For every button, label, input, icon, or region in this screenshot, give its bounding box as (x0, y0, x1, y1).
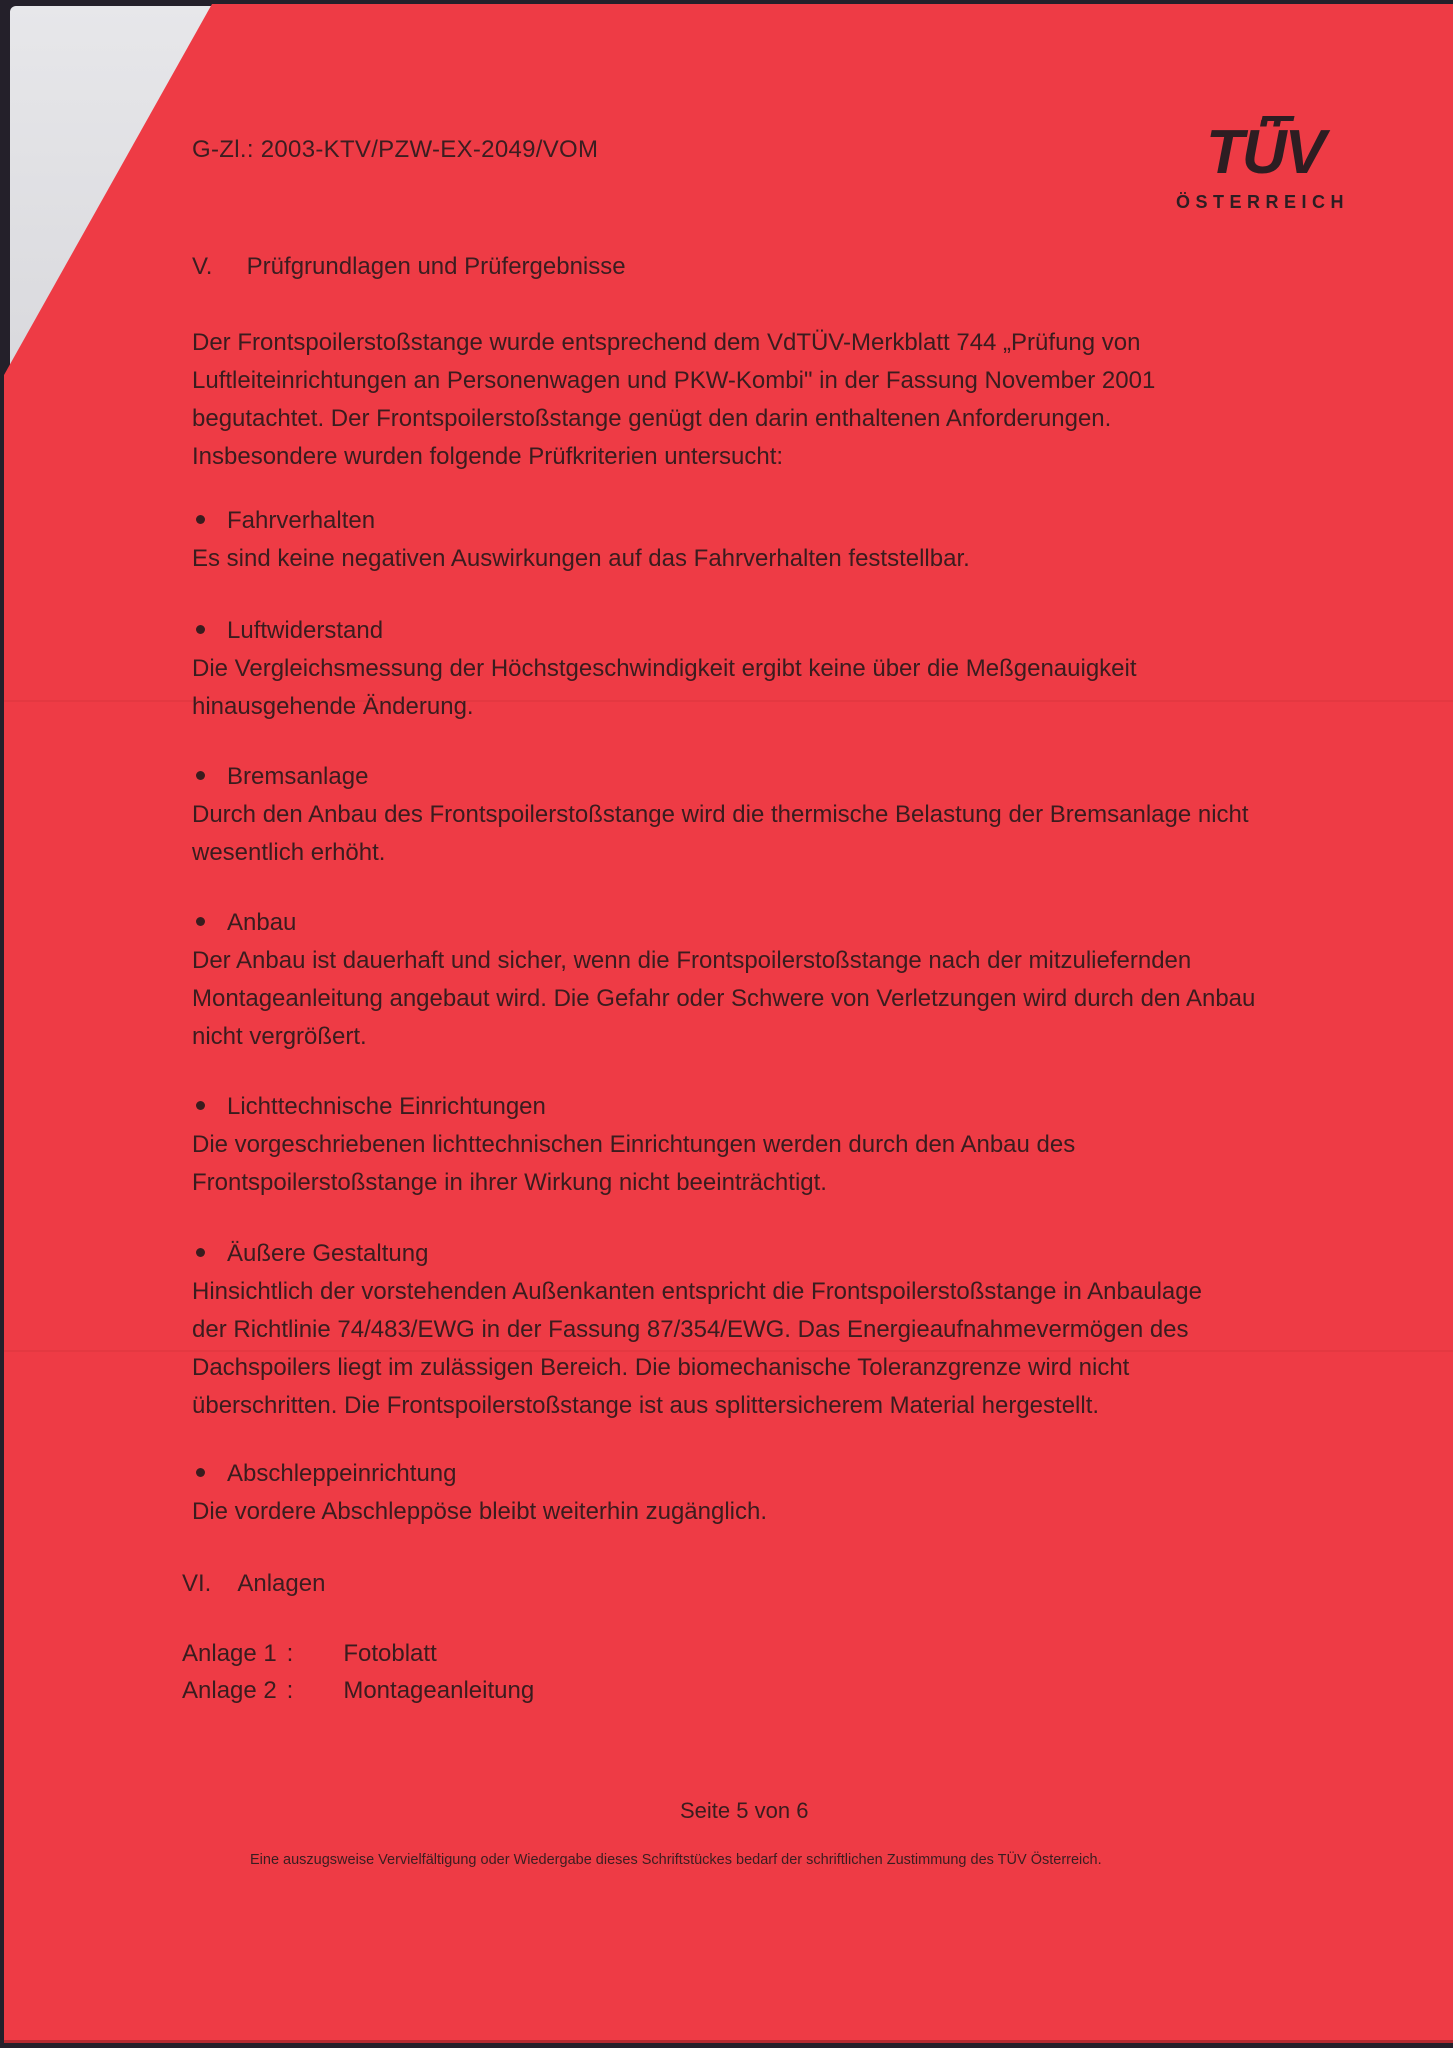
annex-value: Fotoblatt (343, 1640, 436, 1667)
annex-row: Anlage 1 : Fotoblatt (182, 1640, 437, 1668)
criterion-text: Der Anbau ist dauerhaft und sicher, wenn… (192, 942, 1342, 980)
intro-line: begutachtet. Der Frontspoilerstoßstange … (192, 400, 1342, 438)
criterion-text: hinausgehende Änderung. (192, 688, 1342, 726)
section-title: Prüfgrundlagen und Prüfergebnisse (247, 253, 626, 280)
logo-mark-text: TÜV (1206, 118, 1324, 187)
bullet-icon (196, 1468, 205, 1477)
annex-label: Anlage 1 (182, 1640, 280, 1668)
criterion-text: der Richtlinie 74/483/EWG in der Fassung… (192, 1311, 1342, 1349)
section-v-heading: V. Prüfgrundlagen und Prüfergebnisse (192, 253, 626, 281)
criterion-text: Es sind keine negativen Auswirkungen auf… (192, 540, 1342, 578)
intro-line: Luftleiteinrichtungen an Personenwagen u… (192, 362, 1342, 400)
bullet-icon (196, 771, 205, 780)
criterion-abschleppeinrichtung: Abschleppeinrichtung Die vordere Abschle… (192, 1455, 1342, 1531)
document-page: G-Zl.: 2003-KTV/PZW-EX-2049/VOM TÜV ÖSTE… (0, 0, 1453, 2048)
criterion-title: Luftwiderstand (192, 612, 1342, 650)
criterion-title: Bremsanlage (192, 758, 1342, 796)
criterion-fahrverhalten: Fahrverhalten Es sind keine negativen Au… (192, 502, 1342, 578)
criterion-text: überschritten. Die Frontspoilerstoßstang… (192, 1387, 1342, 1425)
criterion-title: Anbau (192, 904, 1342, 942)
criterion-text: Die vorgeschriebenen lichttechnischen Ei… (192, 1126, 1342, 1164)
criterion-text: nicht vergrößert. (192, 1018, 1342, 1056)
criterion-title: Fahrverhalten (192, 502, 1342, 540)
criterion-anbau: Anbau Der Anbau ist dauerhaft und sicher… (192, 904, 1342, 1056)
footer-notice: Eine auszugsweise Vervielfältigung oder … (250, 1852, 1102, 1868)
reference-number: G-Zl.: 2003-KTV/PZW-EX-2049/VOM (192, 136, 598, 164)
intro-paragraph: Der Frontspoilerstoßstange wurde entspre… (192, 324, 1342, 476)
section-title: Anlagen (237, 1570, 325, 1597)
annex-separator: : (287, 1677, 337, 1705)
section-number: VI. (182, 1570, 232, 1598)
annex-separator: : (287, 1640, 337, 1668)
logo-subtitle: ÖSTERREICH (1170, 192, 1380, 213)
criterion-title: Lichttechnische Einrichtungen (192, 1088, 1342, 1126)
criterion-text: Die Vergleichsmessung der Höchstgeschwin… (192, 650, 1342, 688)
criterion-text: Dachspoilers liegt im zulässigen Bereich… (192, 1349, 1342, 1387)
intro-line: Der Frontspoilerstoßstange wurde entspre… (192, 324, 1342, 362)
bullet-icon (196, 515, 205, 524)
annex-value: Montageanleitung (343, 1677, 534, 1704)
section-vi-heading: VI. Anlagen (182, 1570, 325, 1598)
logo-mark: TÜV (1170, 122, 1380, 184)
criterion-title: Abschleppeinrichtung (192, 1455, 1342, 1493)
bullet-icon (196, 917, 205, 926)
criterion-text: wesentlich erhöht. (192, 834, 1342, 872)
tuev-logo: TÜV ÖSTERREICH (1170, 122, 1380, 213)
criterion-text: Montageanleitung angebaut wird. Die Gefa… (192, 980, 1342, 1018)
criterion-luftwiderstand: Luftwiderstand Die Vergleichsmessung der… (192, 612, 1342, 726)
logo-macron (1261, 116, 1294, 121)
criterion-text: Hinsichtlich der vorstehenden Außenkante… (192, 1273, 1342, 1311)
criterion-title: Äußere Gestaltung (192, 1235, 1342, 1273)
annex-row: Anlage 2 : Montageanleitung (182, 1677, 534, 1705)
section-number: V. (192, 253, 240, 281)
criterion-bremsanlage: Bremsanlage Durch den Anbau des Frontspo… (192, 758, 1342, 872)
bullet-icon (196, 625, 205, 634)
page-number: Seite 5 von 6 (680, 1798, 808, 1824)
criterion-aeussere-gestaltung: Äußere Gestaltung Hinsichtlich der vorst… (192, 1235, 1342, 1425)
criterion-text: Frontspoilerstoßstange in ihrer Wirkung … (192, 1164, 1342, 1202)
criterion-text: Durch den Anbau des Frontspoilerstoßstan… (192, 796, 1342, 834)
criterion-text: Die vordere Abschleppöse bleibt weiterhi… (192, 1493, 1342, 1531)
bullet-icon (196, 1101, 205, 1110)
intro-line: Insbesondere wurden folgende Prüfkriteri… (192, 438, 1342, 476)
criterion-lichttechnik: Lichttechnische Einrichtungen Die vorges… (192, 1088, 1342, 1202)
bullet-icon (196, 1248, 205, 1257)
annex-label: Anlage 2 (182, 1677, 280, 1705)
